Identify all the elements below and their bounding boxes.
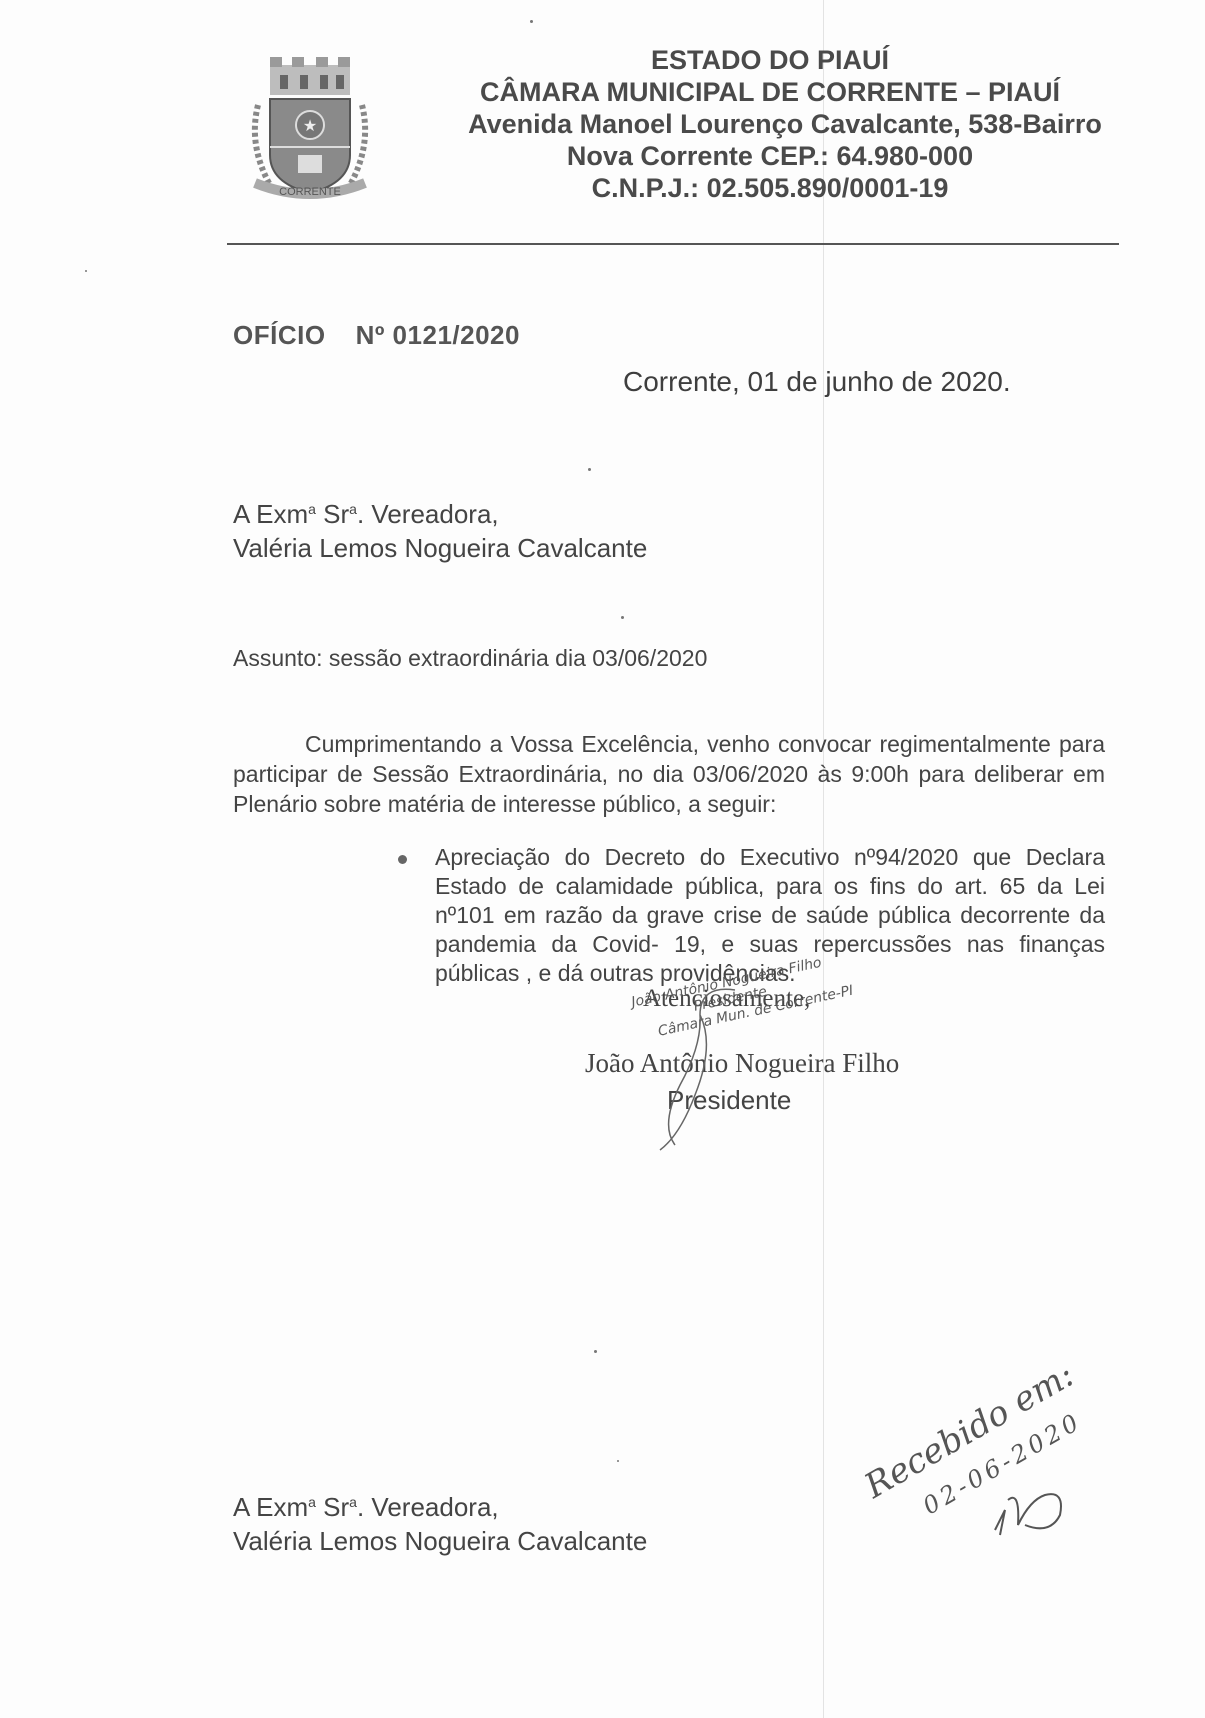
receipt-note: Recebido em: 02-06-2020 [880,1273,1118,1451]
addressee-title: A Exma Sra. Vereadora, [233,1490,647,1524]
handwritten-signature-icon [640,985,770,1155]
scan-speck [617,1460,619,1462]
bullet-icon [398,855,407,864]
oficio-label: OFÍCIO [233,320,326,350]
document-page: ★ CORRENTE ESTADO DO PIAUÍ CÂMARA MUNICI… [0,0,1205,1718]
handwritten-initials-icon [990,1480,1070,1540]
state-name: ESTADO DO PIAUÍ [400,44,1140,76]
letterhead: ESTADO DO PIAUÍ CÂMARA MUNICIPAL DE CORR… [400,44,1140,204]
addressee-name: Valéria Lemos Nogueira Cavalcante [233,531,647,565]
oficio-number: Nº 0121/2020 [356,320,520,350]
body-paragraph: Cumprimentando a Vossa Excelência, venho… [233,729,1105,819]
institution-name: CÂMARA MUNICIPAL DE CORRENTE – PIAUÍ [400,76,1140,108]
addressee-title: A Exma Sra. Vereadora, [233,497,647,531]
scan-speck [588,468,591,471]
scan-speck [594,1350,597,1353]
scan-speck [530,20,533,23]
cnpj-line: C.N.P.J.: 02.505.890/0001-19 [400,172,1140,204]
subject-line: Assunto: sessão extraordinária dia 03/06… [233,645,707,672]
svg-text:★: ★ [303,118,317,135]
oficio-heading: OFÍCIONº 0121/2020 [233,320,520,351]
address-line: Avenida Manoel Lourenço Cavalcante, 538-… [430,108,1140,140]
agenda-list: Apreciação do Decreto do Executivo nº94/… [395,843,1105,988]
letter-date: Corrente, 01 de junho de 2020. [623,366,1011,398]
addressee-name: Valéria Lemos Nogueira Cavalcante [233,1524,647,1558]
coat-of-arms-icon: ★ CORRENTE [240,55,380,205]
header-divider [227,243,1119,245]
cep-line: Nova Corrente CEP.: 64.980-000 [400,140,1140,172]
scan-speck [85,270,87,272]
addressee-block: A Exma Sra. Vereadora, Valéria Lemos Nog… [233,497,647,565]
addressee-footer: A Exma Sra. Vereadora, Valéria Lemos Nog… [233,1490,647,1558]
agenda-item: Apreciação do Decreto do Executivo nº94/… [395,843,1105,988]
svg-text:CORRENTE: CORRENTE [279,186,341,198]
scan-speck [621,616,624,619]
